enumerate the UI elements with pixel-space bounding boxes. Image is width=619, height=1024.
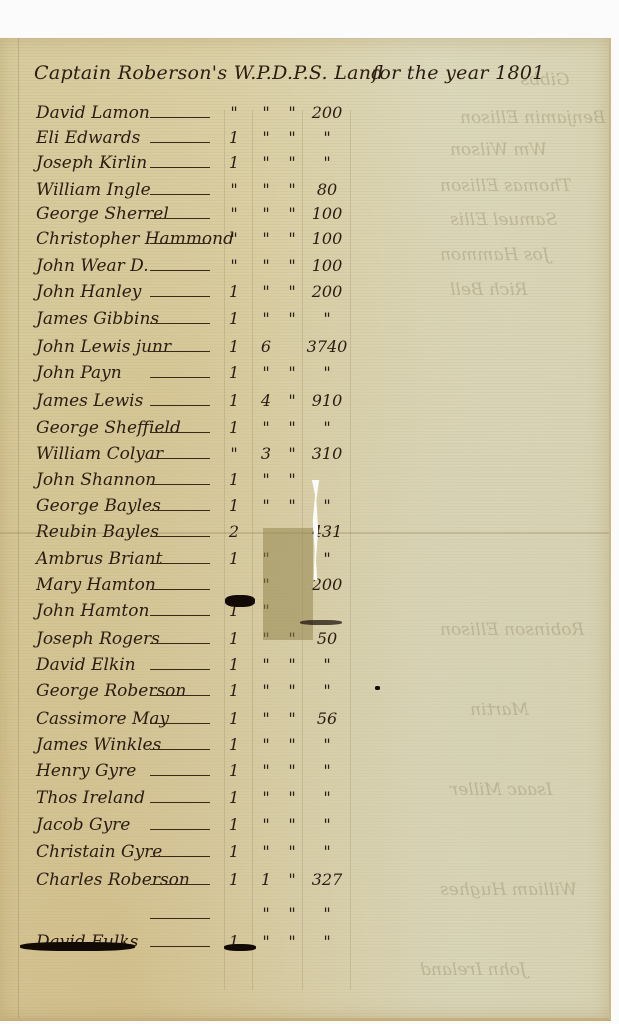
cell-col2: " xyxy=(258,103,274,122)
table-row: Christain Gyre1""" xyxy=(0,842,360,868)
leader-dash xyxy=(150,194,210,195)
leader-dash xyxy=(150,167,210,168)
cell-col3: " xyxy=(284,256,300,275)
bleed-through-text: Jos Hammon xyxy=(440,245,550,265)
leader-dash xyxy=(150,775,210,776)
leader-dash xyxy=(150,405,210,406)
cell-col3: " xyxy=(284,103,300,122)
cell-land: " xyxy=(306,788,348,807)
cell-col3: " xyxy=(284,496,300,515)
cell-land: 200 xyxy=(306,103,348,122)
person-name: James Gibbins xyxy=(36,309,159,329)
cell-col2: " xyxy=(258,655,274,674)
ink-blot xyxy=(300,620,342,625)
person-name: Reubin Bayles xyxy=(36,522,159,542)
cell-col3: " xyxy=(284,363,300,382)
cell-col1: 1 xyxy=(226,282,242,301)
table-row: George Roberson1""" xyxy=(0,681,360,707)
redaction-mark xyxy=(20,942,135,951)
table-row: James Gibbins1""" xyxy=(0,309,360,335)
bleed-through-text: Robinson Ellison xyxy=(440,620,584,640)
person-name: David Elkin xyxy=(36,655,136,675)
person-name: John Lewis junr xyxy=(36,337,171,357)
cell-col2: " xyxy=(258,128,274,147)
person-name: Christain Gyre xyxy=(36,842,162,862)
cell-land: " xyxy=(306,904,348,923)
cell-col3: " xyxy=(284,681,300,700)
cell-land: 56 xyxy=(306,709,348,728)
cell-land: " xyxy=(306,153,348,172)
cell-col2: 3 xyxy=(258,444,274,463)
table-row: Charles Roberson11"327 xyxy=(0,870,360,896)
leader-dash xyxy=(150,829,210,830)
heading-left: Captain Roberson's W.P.D.P.S. Land xyxy=(34,62,384,84)
leader-dash xyxy=(150,563,210,564)
person-name: George Sheffield xyxy=(36,418,181,438)
cell-col1: 1 xyxy=(226,363,242,382)
table-row: Henry Gyre1""" xyxy=(0,761,360,787)
cell-col1: 1 xyxy=(226,655,242,674)
person-name: Christopher Hammond xyxy=(36,229,234,249)
cell-col2: " xyxy=(258,788,274,807)
heading-right: for the year 1801 xyxy=(372,62,545,84)
cell-col1: " xyxy=(226,103,242,122)
bleed-through-text: Benjamin Ellison xyxy=(460,108,605,128)
person-name: George Roberson xyxy=(36,681,186,701)
bleed-through-text: Isaac Miller xyxy=(450,780,553,800)
cell-col2: " xyxy=(258,761,274,780)
cell-land: 80 xyxy=(306,180,348,199)
person-name: Joseph Rogers xyxy=(36,629,160,649)
cell-col1: 2 xyxy=(226,522,242,541)
table-row: Christopher Hammond"""100 xyxy=(0,229,360,255)
ink-blot xyxy=(225,595,255,607)
cell-col3: " xyxy=(284,391,300,410)
leader-dash xyxy=(150,643,210,644)
cell-col3: " xyxy=(284,282,300,301)
cell-col3: " xyxy=(284,470,300,489)
table-row: Joseph Kirlin1""" xyxy=(0,153,360,179)
cell-col2: " xyxy=(258,363,274,382)
person-name: Joseph Kirlin xyxy=(36,153,147,173)
table-row: William Ingle"""80 xyxy=(0,180,360,206)
cell-col3: " xyxy=(284,904,300,923)
table-row: George Bayles1""" xyxy=(0,496,360,522)
cell-col1: 1 xyxy=(226,496,242,515)
cell-col3: " xyxy=(284,128,300,147)
table-row: Eli Edwards1""" xyxy=(0,128,360,154)
person-name: Mary Hamton xyxy=(36,575,156,595)
bleed-through-text: Martin xyxy=(470,700,529,720)
cell-land: 100 xyxy=(306,204,348,223)
cell-land: " xyxy=(306,842,348,861)
bleed-through-text: Rich Bell xyxy=(450,280,528,300)
person-name: George Bayles xyxy=(36,496,161,516)
cell-land: " xyxy=(306,681,348,700)
person-name: Ambrus Briant xyxy=(36,549,162,569)
cell-land: 310 xyxy=(306,444,348,463)
cell-col2: " xyxy=(258,681,274,700)
person-name: Cassimore May xyxy=(36,709,169,729)
person-name: John Hanley xyxy=(36,282,141,302)
document-heading: Captain Roberson's W.P.D.P.S. Land for t… xyxy=(34,62,594,84)
cell-col1: " xyxy=(226,180,242,199)
table-row: John Shannon1"" xyxy=(0,470,360,496)
leader-dash xyxy=(150,243,210,244)
cell-land: " xyxy=(306,815,348,834)
leader-dash xyxy=(150,323,210,324)
cell-land: " xyxy=(306,496,348,515)
cell-col2: " xyxy=(258,180,274,199)
person-name: George Sherrel xyxy=(36,204,169,224)
person-name: David Lamon xyxy=(36,103,150,123)
cell-col2: " xyxy=(258,932,274,951)
cell-col1: 1 xyxy=(226,842,242,861)
cell-land: 100 xyxy=(306,256,348,275)
cell-col2: " xyxy=(258,904,274,923)
cell-col2: " xyxy=(258,418,274,437)
person-name: William Ingle xyxy=(36,180,151,200)
cell-col3: " xyxy=(284,418,300,437)
table-row: Jacob Gyre1""" xyxy=(0,815,360,841)
person-name: Jacob Gyre xyxy=(36,815,130,835)
cell-col3: " xyxy=(284,229,300,248)
bleed-through-text: Thomas Ellison xyxy=(440,176,572,196)
cell-col1: 1 xyxy=(226,470,242,489)
cell-col1: 1 xyxy=(226,709,242,728)
leader-dash xyxy=(150,484,210,485)
leader-dash xyxy=(150,918,210,919)
ink-speck xyxy=(375,686,380,690)
cell-col1: 1 xyxy=(226,815,242,834)
cell-col2: " xyxy=(258,735,274,754)
leader-dash xyxy=(150,946,210,947)
cell-col2: " xyxy=(258,204,274,223)
cell-col3: " xyxy=(284,735,300,754)
cell-col1: 1 xyxy=(226,128,242,147)
cell-col1: 1 xyxy=(226,761,242,780)
bleed-through-text: William Hughes xyxy=(440,880,577,900)
leader-dash xyxy=(150,510,210,511)
cell-col3: " xyxy=(284,815,300,834)
cell-col1: 1 xyxy=(226,153,242,172)
cell-col2: 6 xyxy=(258,337,274,356)
cell-col2: 1 xyxy=(258,870,274,889)
table-row: """ xyxy=(0,904,360,930)
cell-land: " xyxy=(306,761,348,780)
cell-col2: " xyxy=(258,470,274,489)
leader-dash xyxy=(150,669,210,670)
person-name: Charles Roberson xyxy=(36,870,190,890)
leader-dash xyxy=(150,296,210,297)
cell-col3: " xyxy=(284,932,300,951)
cell-col1: 1 xyxy=(226,309,242,328)
leader-dash xyxy=(150,432,210,433)
cell-col1: 1 xyxy=(226,681,242,700)
cell-col3: " xyxy=(284,444,300,463)
cell-col1: 1 xyxy=(226,788,242,807)
cell-col3: " xyxy=(284,180,300,199)
table-row: Thos Ireland1""" xyxy=(0,788,360,814)
leader-dash xyxy=(150,695,210,696)
leader-dash xyxy=(150,458,210,459)
cell-land: " xyxy=(306,655,348,674)
cell-col3: " xyxy=(284,204,300,223)
cell-col3: " xyxy=(284,709,300,728)
cell-col1: 1 xyxy=(226,549,242,568)
person-name: John Shannon xyxy=(36,470,156,490)
leader-dash xyxy=(150,856,210,857)
cell-col1: " xyxy=(226,256,242,275)
table-row: John Payn1""" xyxy=(0,363,360,389)
cell-col2: " xyxy=(258,815,274,834)
cell-col1: 1 xyxy=(226,391,242,410)
leader-dash xyxy=(150,351,210,352)
cell-land: 3740 xyxy=(306,337,348,356)
cell-col2: " xyxy=(258,309,274,328)
table-row: Cassimore May1""56 xyxy=(0,709,360,735)
cell-col3: " xyxy=(284,761,300,780)
leader-dash xyxy=(150,589,210,590)
table-row: James Winkles1""" xyxy=(0,735,360,761)
bleed-through-text: Samuel Ellis xyxy=(450,210,557,230)
person-name: John Hamton xyxy=(36,601,149,621)
leader-dash xyxy=(150,749,210,750)
leader-dash xyxy=(150,802,210,803)
leader-dash xyxy=(150,723,210,724)
cell-col1: " xyxy=(226,204,242,223)
leader-dash xyxy=(150,142,210,143)
cell-land: " xyxy=(306,309,348,328)
cell-col2: " xyxy=(258,153,274,172)
cell-col2: 4 xyxy=(258,391,274,410)
cell-col1: 1 xyxy=(226,337,242,356)
person-name: John Payn xyxy=(36,363,122,383)
cell-land: 200 xyxy=(306,282,348,301)
leader-dash xyxy=(150,218,210,219)
cell-col2: " xyxy=(258,229,274,248)
person-name: John Wear D. xyxy=(36,256,149,276)
person-name: Henry Gyre xyxy=(36,761,136,781)
leader-dash xyxy=(150,270,210,271)
table-row: John Wear D."""100 xyxy=(0,256,360,282)
leader-dash xyxy=(150,884,210,885)
cell-land: " xyxy=(306,932,348,951)
cell-land: " xyxy=(306,128,348,147)
leader-dash xyxy=(150,377,210,378)
ink-blot xyxy=(224,944,256,951)
cell-col2: " xyxy=(258,709,274,728)
cell-col1: 1 xyxy=(226,870,242,889)
cell-col3: " xyxy=(284,309,300,328)
cell-land: " xyxy=(306,418,348,437)
cell-col2: " xyxy=(258,842,274,861)
person-name: Eli Edwards xyxy=(36,128,140,148)
person-name: Thos Ireland xyxy=(36,788,145,808)
table-row: James Lewis14"910 xyxy=(0,391,360,417)
cell-col2: " xyxy=(258,282,274,301)
table-row: George Sheffield1""" xyxy=(0,418,360,444)
person-name: William Colyar xyxy=(36,444,163,464)
cell-col3: " xyxy=(284,153,300,172)
leader-dash xyxy=(150,615,210,616)
cell-col1: 1 xyxy=(226,418,242,437)
table-row: David Elkin1""" xyxy=(0,655,360,681)
person-name: James Winkles xyxy=(36,735,161,755)
table-row: John Lewis junr163740 xyxy=(0,337,360,363)
person-name: James Lewis xyxy=(36,391,143,411)
cell-land: 910 xyxy=(306,391,348,410)
table-row: David Lamon"""200 xyxy=(0,103,360,129)
cell-col1: " xyxy=(226,229,242,248)
bleed-through-text: Wm Wilson xyxy=(450,140,547,160)
table-row: William Colyar"3"310 xyxy=(0,444,360,470)
cell-col1: 1 xyxy=(226,735,242,754)
cell-col1: 1 xyxy=(226,629,242,648)
cell-col1: " xyxy=(226,444,242,463)
cell-col3: " xyxy=(284,842,300,861)
cell-col3: " xyxy=(284,870,300,889)
cell-col2: " xyxy=(258,256,274,275)
cell-land: 100 xyxy=(306,229,348,248)
table-row: John Hanley1""200 xyxy=(0,282,360,308)
cell-land: 327 xyxy=(306,870,348,889)
leader-dash xyxy=(150,117,210,118)
leader-dash xyxy=(150,536,210,537)
cell-col3: " xyxy=(284,788,300,807)
cell-col3: " xyxy=(284,655,300,674)
cell-col2: " xyxy=(258,496,274,515)
cell-land: " xyxy=(306,735,348,754)
table-row: George Sherrel"""100 xyxy=(0,204,360,230)
bleed-through-text: John Ireland xyxy=(420,960,527,980)
cell-land: " xyxy=(306,363,348,382)
